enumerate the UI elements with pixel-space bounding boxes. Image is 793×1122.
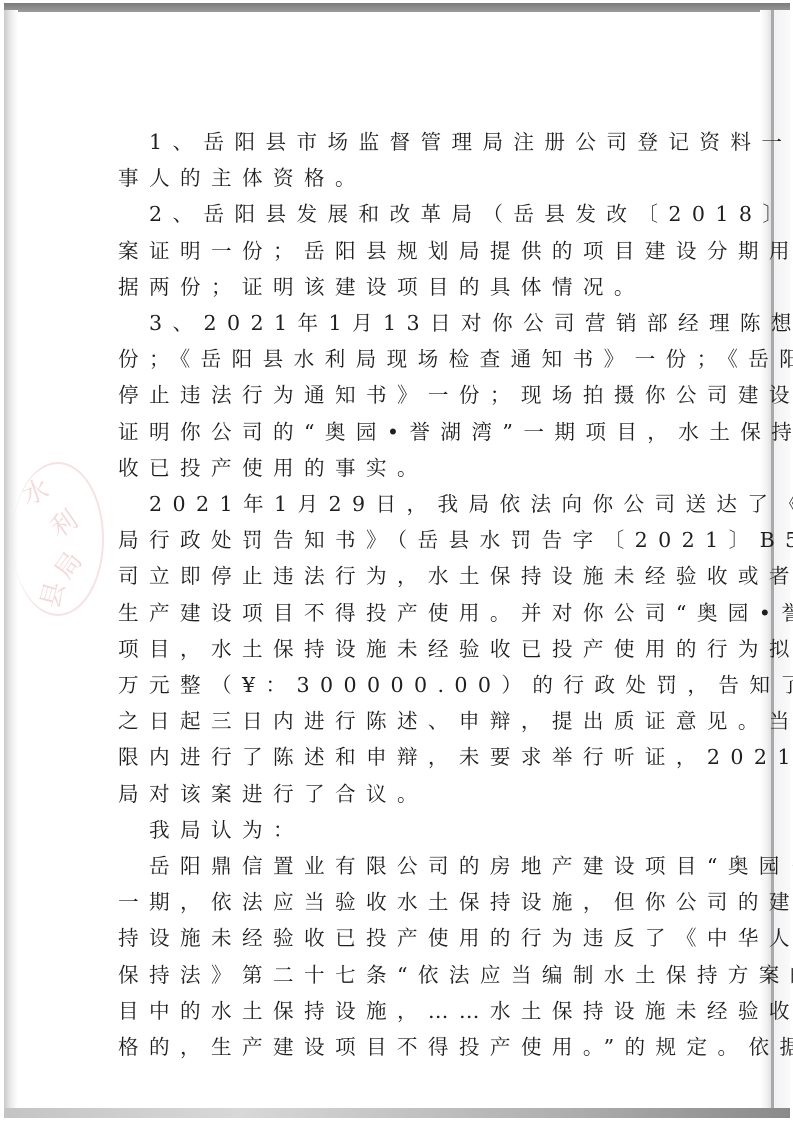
scan-edge-bottom bbox=[4, 1108, 790, 1118]
paragraph-bureau-opinion: 岳阳鼎信置业有限公司的房地产建设项目“奥园•誉湖湾” 一期，依法应当验收水土保持… bbox=[118, 848, 708, 1065]
text-line: 生产建设项目不得投产使用。并对你公司“奥园•誉湖湾”一期 bbox=[118, 595, 708, 631]
paragraph-evidence-1: 1、岳阳县市场监督管理局注册公司登记资料一份，证明当 事人的主体资格。 bbox=[118, 124, 708, 196]
text-line: 限内进行了陈述和申辩，未要求举行听证，2021年3月17日我 bbox=[118, 739, 708, 775]
text-line: 岳阳鼎信置业有限公司的房地产建设项目“奥园•誉湖湾” bbox=[118, 848, 708, 884]
document-body: 1、岳阳县市场监督管理局注册公司登记资料一份，证明当 事人的主体资格。 2、岳阳… bbox=[118, 124, 708, 1065]
seal-char: 水 bbox=[16, 469, 53, 513]
text-line: 局行政处罚告知书》（岳县水罚告字〔2021〕B5号）。告知你公 bbox=[118, 522, 708, 558]
text-line: 司立即停止违法行为，水土保持设施未经验收或者验收不合格的， bbox=[118, 558, 708, 594]
text-line: 万元整（¥：300000.00）的行政处罚，告知了你公司收到告知书 bbox=[118, 667, 708, 703]
paragraph-evidence-3: 3、2021年1月13日对你公司营销部经理陈想调查笔录壹 份；《岳阳县水利局现场… bbox=[118, 305, 708, 486]
text-line: 持设施未经验收已投产使用的行为违反了《中华人民共和国水土 bbox=[118, 920, 708, 956]
text-line: 3、2021年1月13日对你公司营销部经理陈想调查笔录壹 bbox=[118, 305, 708, 341]
paragraph-evidence-2: 2、岳阳县发展和改革局（岳县发改〔2018〕5号）项目备 案证明一份；岳阳县规划… bbox=[118, 196, 708, 305]
text-line: 局对该案进行了合议。 bbox=[118, 776, 708, 812]
text-line: 案证明一份；岳阳县规划局提供的项目建设分期用地面积资料数 bbox=[118, 233, 708, 269]
text-line: 1、岳阳县市场监督管理局注册公司登记资料一份，证明当 bbox=[118, 124, 708, 160]
text-line: 保持法》第二十七条“依法应当编制水土保持方案的生产建设项 bbox=[118, 957, 708, 993]
scanned-page: 水 利 局 县 1、岳阳县市场监督管理局注册公司登记资料一份，证明当 事人的主体… bbox=[0, 0, 793, 1122]
text-line: 证明你公司的“奥园•誉湖湾”一期项目，水土保持设施未经验 bbox=[118, 414, 708, 450]
text-line: 2、岳阳县发展和改革局（岳县发改〔2018〕5号）项目备 bbox=[118, 196, 708, 232]
official-seal-partial: 水 利 局 县 bbox=[12, 462, 104, 616]
text-line: 项目，水土保持设施未经验收已投产使用的行为拟作出罚款叁拾 bbox=[118, 631, 708, 667]
scan-edge-top bbox=[4, 3, 790, 12]
text-line: 事人的主体资格。 bbox=[118, 160, 708, 196]
paragraph-notice-delivery: 2021年1月29日，我局依法向你公司送达了《岳阳县水利 局行政处罚告知书》（岳… bbox=[118, 486, 708, 812]
text-line: 目中的水土保持设施，……水土保持设施未经验收或者验收不合 bbox=[118, 993, 708, 1029]
text-line: 一期，依法应当验收水土保持设施，但你公司的建设项目水土保 bbox=[118, 884, 708, 920]
seal-char: 利 bbox=[42, 500, 85, 545]
paragraph-opinion-heading: 我局认为： bbox=[118, 812, 708, 848]
seal-char: 局 bbox=[44, 543, 89, 586]
text-line: 格的，生产建设项目不得投产使用。”的规定。依据《中华人民 bbox=[118, 1029, 708, 1065]
seal-char: 县 bbox=[30, 577, 72, 612]
text-line: 停止违法行为通知书》一份；现场拍摄你公司建设项目图片2张， bbox=[118, 377, 708, 413]
text-line: 收已投产使用的事实。 bbox=[118, 450, 708, 486]
text-line: 据两份；证明该建设项目的具体情况。 bbox=[118, 269, 708, 305]
text-line: 2021年1月29日，我局依法向你公司送达了《岳阳县水利 bbox=[118, 486, 708, 522]
section-heading: 我局认为： bbox=[118, 812, 708, 848]
text-line: 份；《岳阳县水利局现场检查通知书》一份；《岳阳县水利局责令 bbox=[118, 341, 708, 377]
text-line: 之日起三日内进行陈述、申辩，提出质证意见。当事人在法定期 bbox=[118, 703, 708, 739]
